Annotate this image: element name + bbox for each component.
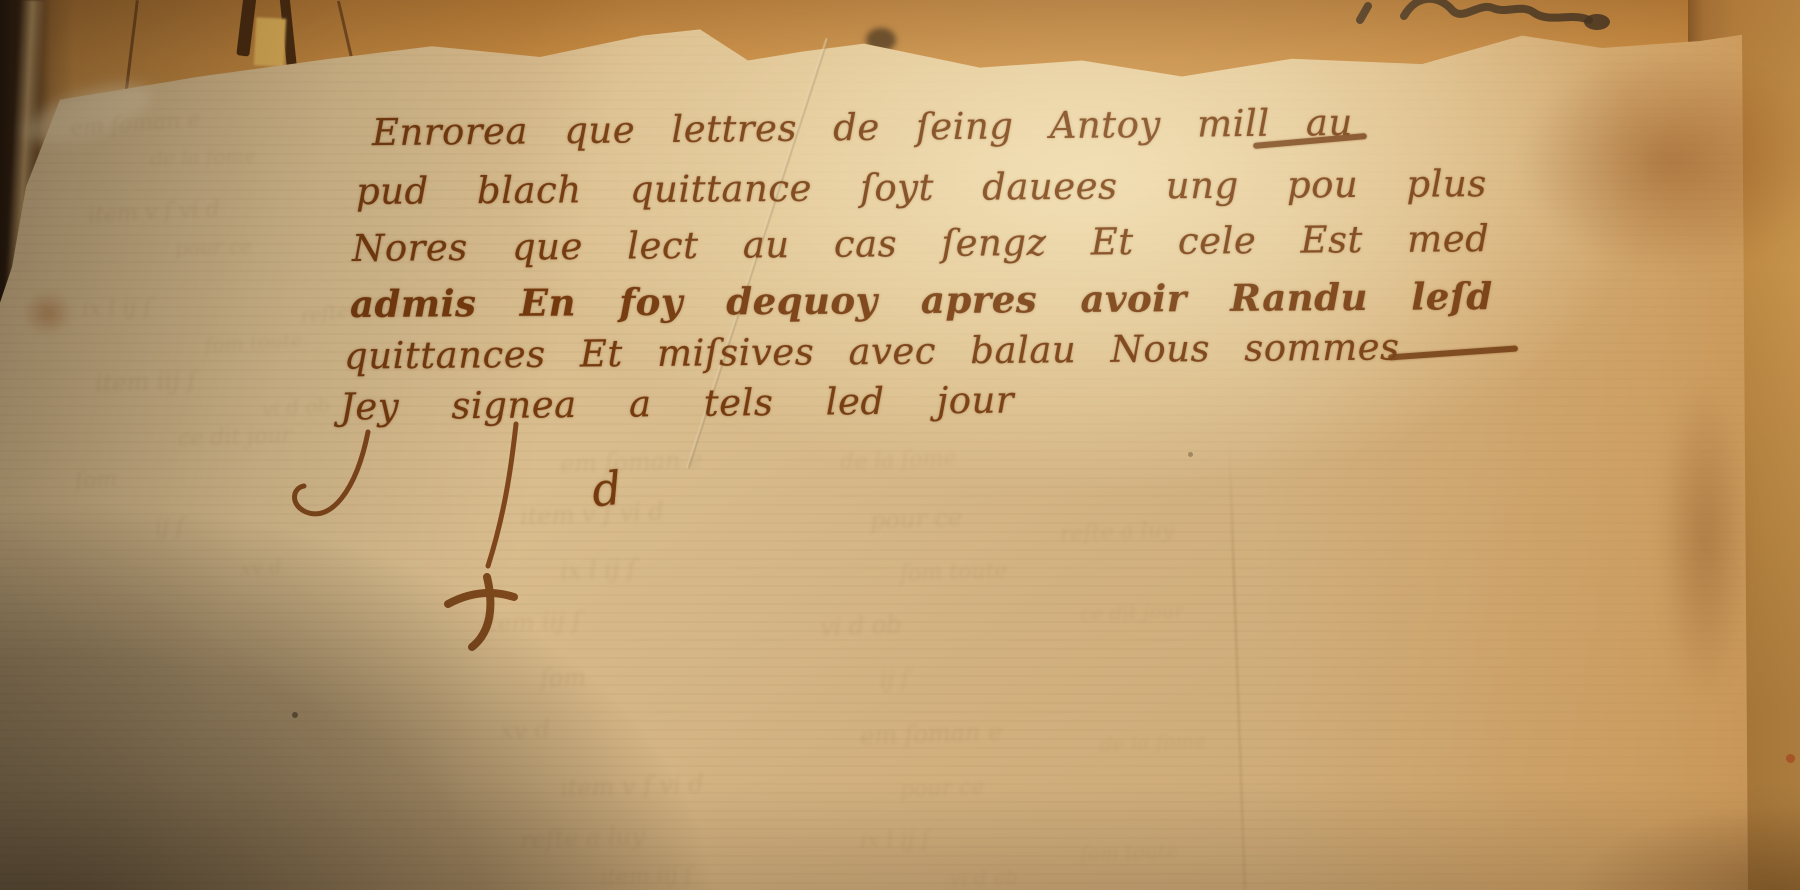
ink-speck (1188, 452, 1193, 457)
manuscript-photo: em ſoman ede la ſomeitem v ſ vi dpour ce… (0, 0, 1800, 890)
manuscript-line-4: admis En foy dequoy apres avoir Randu le… (350, 274, 1493, 326)
manuscript-line-2: pud blach quittance ſoyt dauees ung pou … (356, 162, 1487, 213)
manuscript-line-6: Jey signea a tels led jour (340, 378, 1014, 428)
manuscript-line-5: quittances Et miſsives avec balau Nous s… (344, 325, 1400, 377)
red-speck (1786, 754, 1795, 763)
torn-edge-line (124, 0, 139, 96)
detached-letter-mark: d (589, 461, 624, 518)
torn-paper-gap (254, 17, 286, 67)
ink-speck (292, 712, 298, 718)
